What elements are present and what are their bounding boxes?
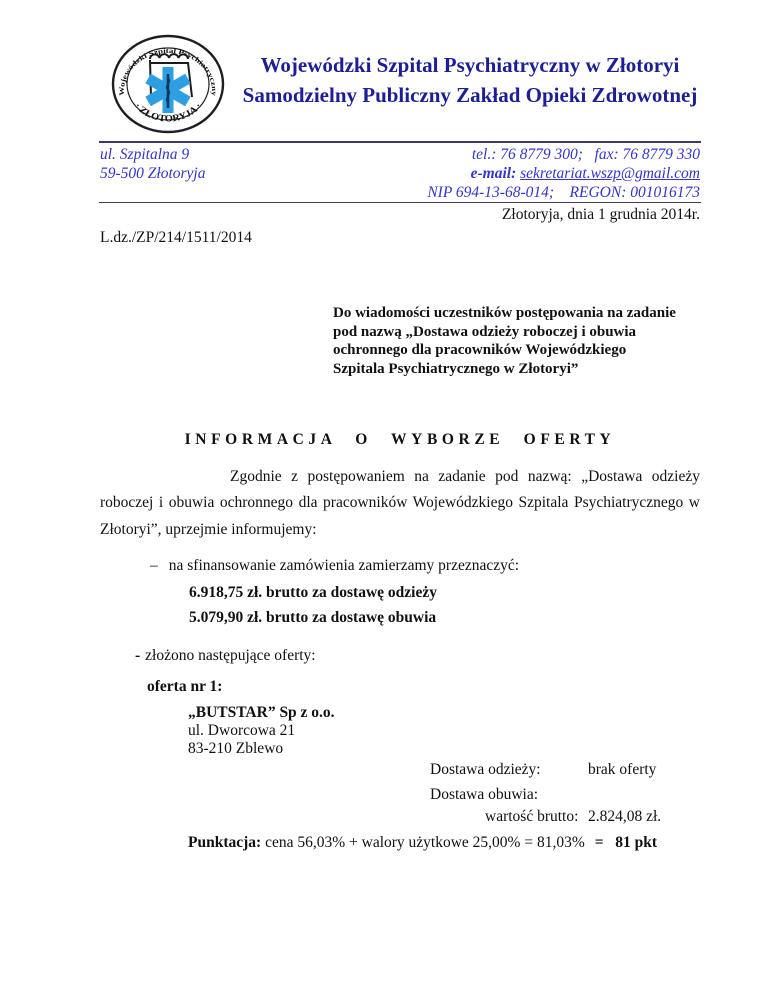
financing-amount-footwear: 5.079,90 zł. brutto za dostawę obuwia (189, 609, 436, 627)
financing-line: –na sfinansowanie zamówienia zamierzamy … (150, 557, 519, 575)
offer1-company-block: „BUTSTAR” Sp z o.o. ul. Dworcowa 21 83-2… (188, 704, 335, 758)
org-name-line2: Samodzielny Publiczny Zakład Opieki Zdro… (238, 80, 702, 110)
scoring-result: = 81 pkt (595, 834, 657, 851)
rod-of-asclepius-icon (167, 74, 170, 108)
nip-regon-line: NIP 694-13-68-014; REGON: 001016173 (100, 183, 700, 202)
header-divider-bottom (99, 202, 701, 203)
org-name-block: Wojewódzki Szpital Psychiatryczny w Złot… (238, 50, 702, 110)
footwear-delivery-label: Dostawa obuwia: (430, 786, 538, 804)
scoring-label: Punktacja: (188, 834, 261, 851)
header-divider-top (99, 141, 701, 143)
clothing-delivery-label: Dostawa odzieży: (430, 761, 541, 779)
scoring-line: Punktacja: cena 56,03% + walory użytkowe… (188, 834, 657, 852)
financing-amount-clothing: 6.918,75 zł. brutto za dostawę odzieży (189, 584, 437, 602)
dash-bullet: - (135, 647, 140, 664)
recipient-line: Do wiadomości uczestników postępowania n… (333, 304, 676, 323)
scoring-formula: cena 56,03% + walory użytkowe 25,00% = 8… (261, 834, 585, 851)
offer1-company-city: 83-210 Zblewo (188, 740, 335, 758)
org-name-line1: Wojewódzki Szpital Psychiatryczny w Złot… (238, 50, 702, 80)
email-link[interactable]: sekretariat.wszp@gmail.com (520, 165, 700, 182)
gross-value: 2.824,08 zł. (588, 808, 661, 826)
email-label: e-mail: (471, 165, 521, 182)
section-title: INFORMACJA O WYBORZE OFERTY (100, 431, 700, 449)
offers-intro: złożono następujące oferty: (145, 647, 315, 664)
financing-intro: na sfinansowanie zamówienia zamierzamy p… (169, 557, 519, 574)
recipient-block: Do wiadomości uczestników postępowania n… (333, 304, 676, 378)
intro-paragraph: Zgodnie z postępowaniem na zadanie pod n… (100, 464, 700, 543)
contact-block: tel.: 76 8779 300; fax: 76 8779 330 e-ma… (100, 145, 700, 202)
offers-intro-line: -złożono następujące oferty: (135, 647, 316, 665)
email-line: e-mail: sekretariat.wszp@gmail.com (100, 164, 700, 183)
reference-number: L.dz./ZP/214/1511/2014 (100, 229, 252, 247)
tel-fax-line: tel.: 76 8779 300; fax: 76 8779 330 (100, 145, 700, 164)
offer1-label: oferta nr 1: (147, 678, 222, 696)
recipient-line: pod nazwą „Dostawa odzieży roboczej i ob… (333, 323, 676, 342)
offer1-company-name: „BUTSTAR” Sp z o.o. (188, 704, 335, 722)
recipient-line: ochronnego dla pracowników Wojewódzkiego (333, 341, 676, 360)
dash-bullet: – (150, 557, 158, 574)
clothing-delivery-value: brak oferty (588, 761, 656, 779)
gross-value-label: wartość brutto: (485, 808, 578, 826)
hospital-logo: Wojewódzki Szpital Psychiatryczny · ZŁOT… (110, 32, 226, 136)
recipient-line: Szpitala Psychiatrycznego w Złotoryi” (333, 360, 676, 379)
document-page: Wojewódzki Szpital Psychiatryczny · ZŁOT… (0, 0, 768, 994)
offer1-company-street: ul. Dworcowa 21 (188, 722, 335, 740)
date-line: Złotoryja, dnia 1 grudnia 2014r. (100, 206, 700, 224)
